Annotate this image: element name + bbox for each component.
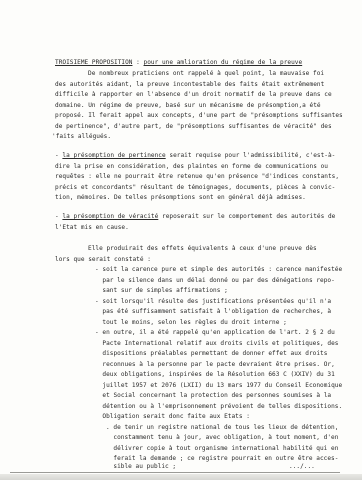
sub-item-line: ferait la demande ; ce registre pourrait… [106, 455, 338, 463]
intro-line-1: De nombreux praticiens ont rappelé à que… [88, 70, 324, 78]
document-page: TROISIEME PROPOSITION : pour une amliora… [0, 0, 362, 480]
item-line: et Social concernant la protection des p… [95, 392, 331, 400]
pertinence-line: dire la prise en considération, des plai… [55, 163, 328, 171]
intro-line-6: de pertinence", d'autre part, de "présom… [55, 123, 332, 131]
item-line: sant sur de simples affirmations ; [95, 287, 228, 295]
continuation-mark: .../... [289, 463, 315, 471]
item-line: juillet 1957 et 2076 (LXII) du 13 mars 1… [95, 382, 342, 390]
intro-line-4: domaine. Un régime de preuve, basé sur u… [55, 102, 321, 110]
intro-line-7: 'faits allégués. [52, 133, 111, 141]
veracite-term: la présomption de véracité [62, 213, 158, 220]
veracite-line: l'Etat mis en cause. [55, 224, 129, 232]
item-line: - soit la carence pure et simple des aut… [95, 266, 342, 274]
item-line: reconnues à la personne par le pacte dev… [95, 361, 335, 369]
item-line: Pacte International relatif aux droits c… [95, 340, 338, 348]
pertinence-line: requêtes : elle ne pourrait être retenue… [55, 173, 339, 181]
pertinence-text: serait requise pour l'admissibilité, c'e… [166, 152, 336, 159]
pertinence-line: précis et concordants" résultant de témo… [55, 184, 335, 192]
item-line: Obligation serait donc faite aux Etats : [95, 413, 250, 421]
sub-item-line: délivrer copie à tout organisme internat… [106, 445, 338, 453]
heading-separator: : [132, 59, 143, 66]
intro-line-5: proposé. Il ferait appel aux concepts, d… [55, 112, 343, 120]
item-line: détention ou à l'emprisonnement prévoien… [95, 403, 342, 411]
sub-item-line: sible au public ; [106, 463, 176, 471]
heading-label: TROISIEME PROPOSITION [55, 59, 132, 66]
page-edge-shadow [10, 472, 340, 473]
item-line: pas été suffisamment satisfait à l'oblig… [95, 308, 331, 316]
item-line: deux obligations, inspirées de la Résolu… [95, 371, 335, 379]
item-line: - soit lorsqu'il résulte des justificati… [95, 298, 331, 306]
pertinence-term: la présomption de pertinence [62, 152, 165, 159]
effets-line-1: Elle produirait des effets équivalents à… [88, 245, 317, 253]
section-heading: TROISIEME PROPOSITION : pour une amliora… [55, 59, 302, 67]
effets-line-2: lors que serait constaté : [55, 256, 151, 264]
item-line: - en outre, il a été rappelé qu'en appli… [95, 329, 335, 337]
item-line: tout le moins, selon les règles du droit… [95, 319, 287, 327]
intro-line-2: des autorités aidant, la preuve incontes… [55, 81, 324, 89]
item-line: par le silence dans un délai donné ou pa… [95, 277, 335, 285]
veracite-text: reposerait sur le comportement des autor… [158, 213, 335, 220]
intro-line-3: difficile à rapporter en l'absence d'un … [55, 91, 332, 99]
sub-item-line: constamment tenu à jour, avec obligation… [106, 434, 338, 442]
item-line: dispositions préalables permettant de do… [95, 350, 327, 358]
pertinence-line: tion, mémoires. De telles présomptions s… [55, 194, 306, 202]
sub-item-line: . de tenir un registre national de tous … [106, 424, 338, 432]
veracite-first-line: - la présomption de véracité reposerait … [55, 213, 335, 221]
page-bottom-edge [0, 474, 362, 480]
heading-subject: pour une amlioration du régime de la pre… [144, 59, 303, 66]
pertinence-first-line: - la présomption de pertinence serait re… [55, 152, 335, 160]
